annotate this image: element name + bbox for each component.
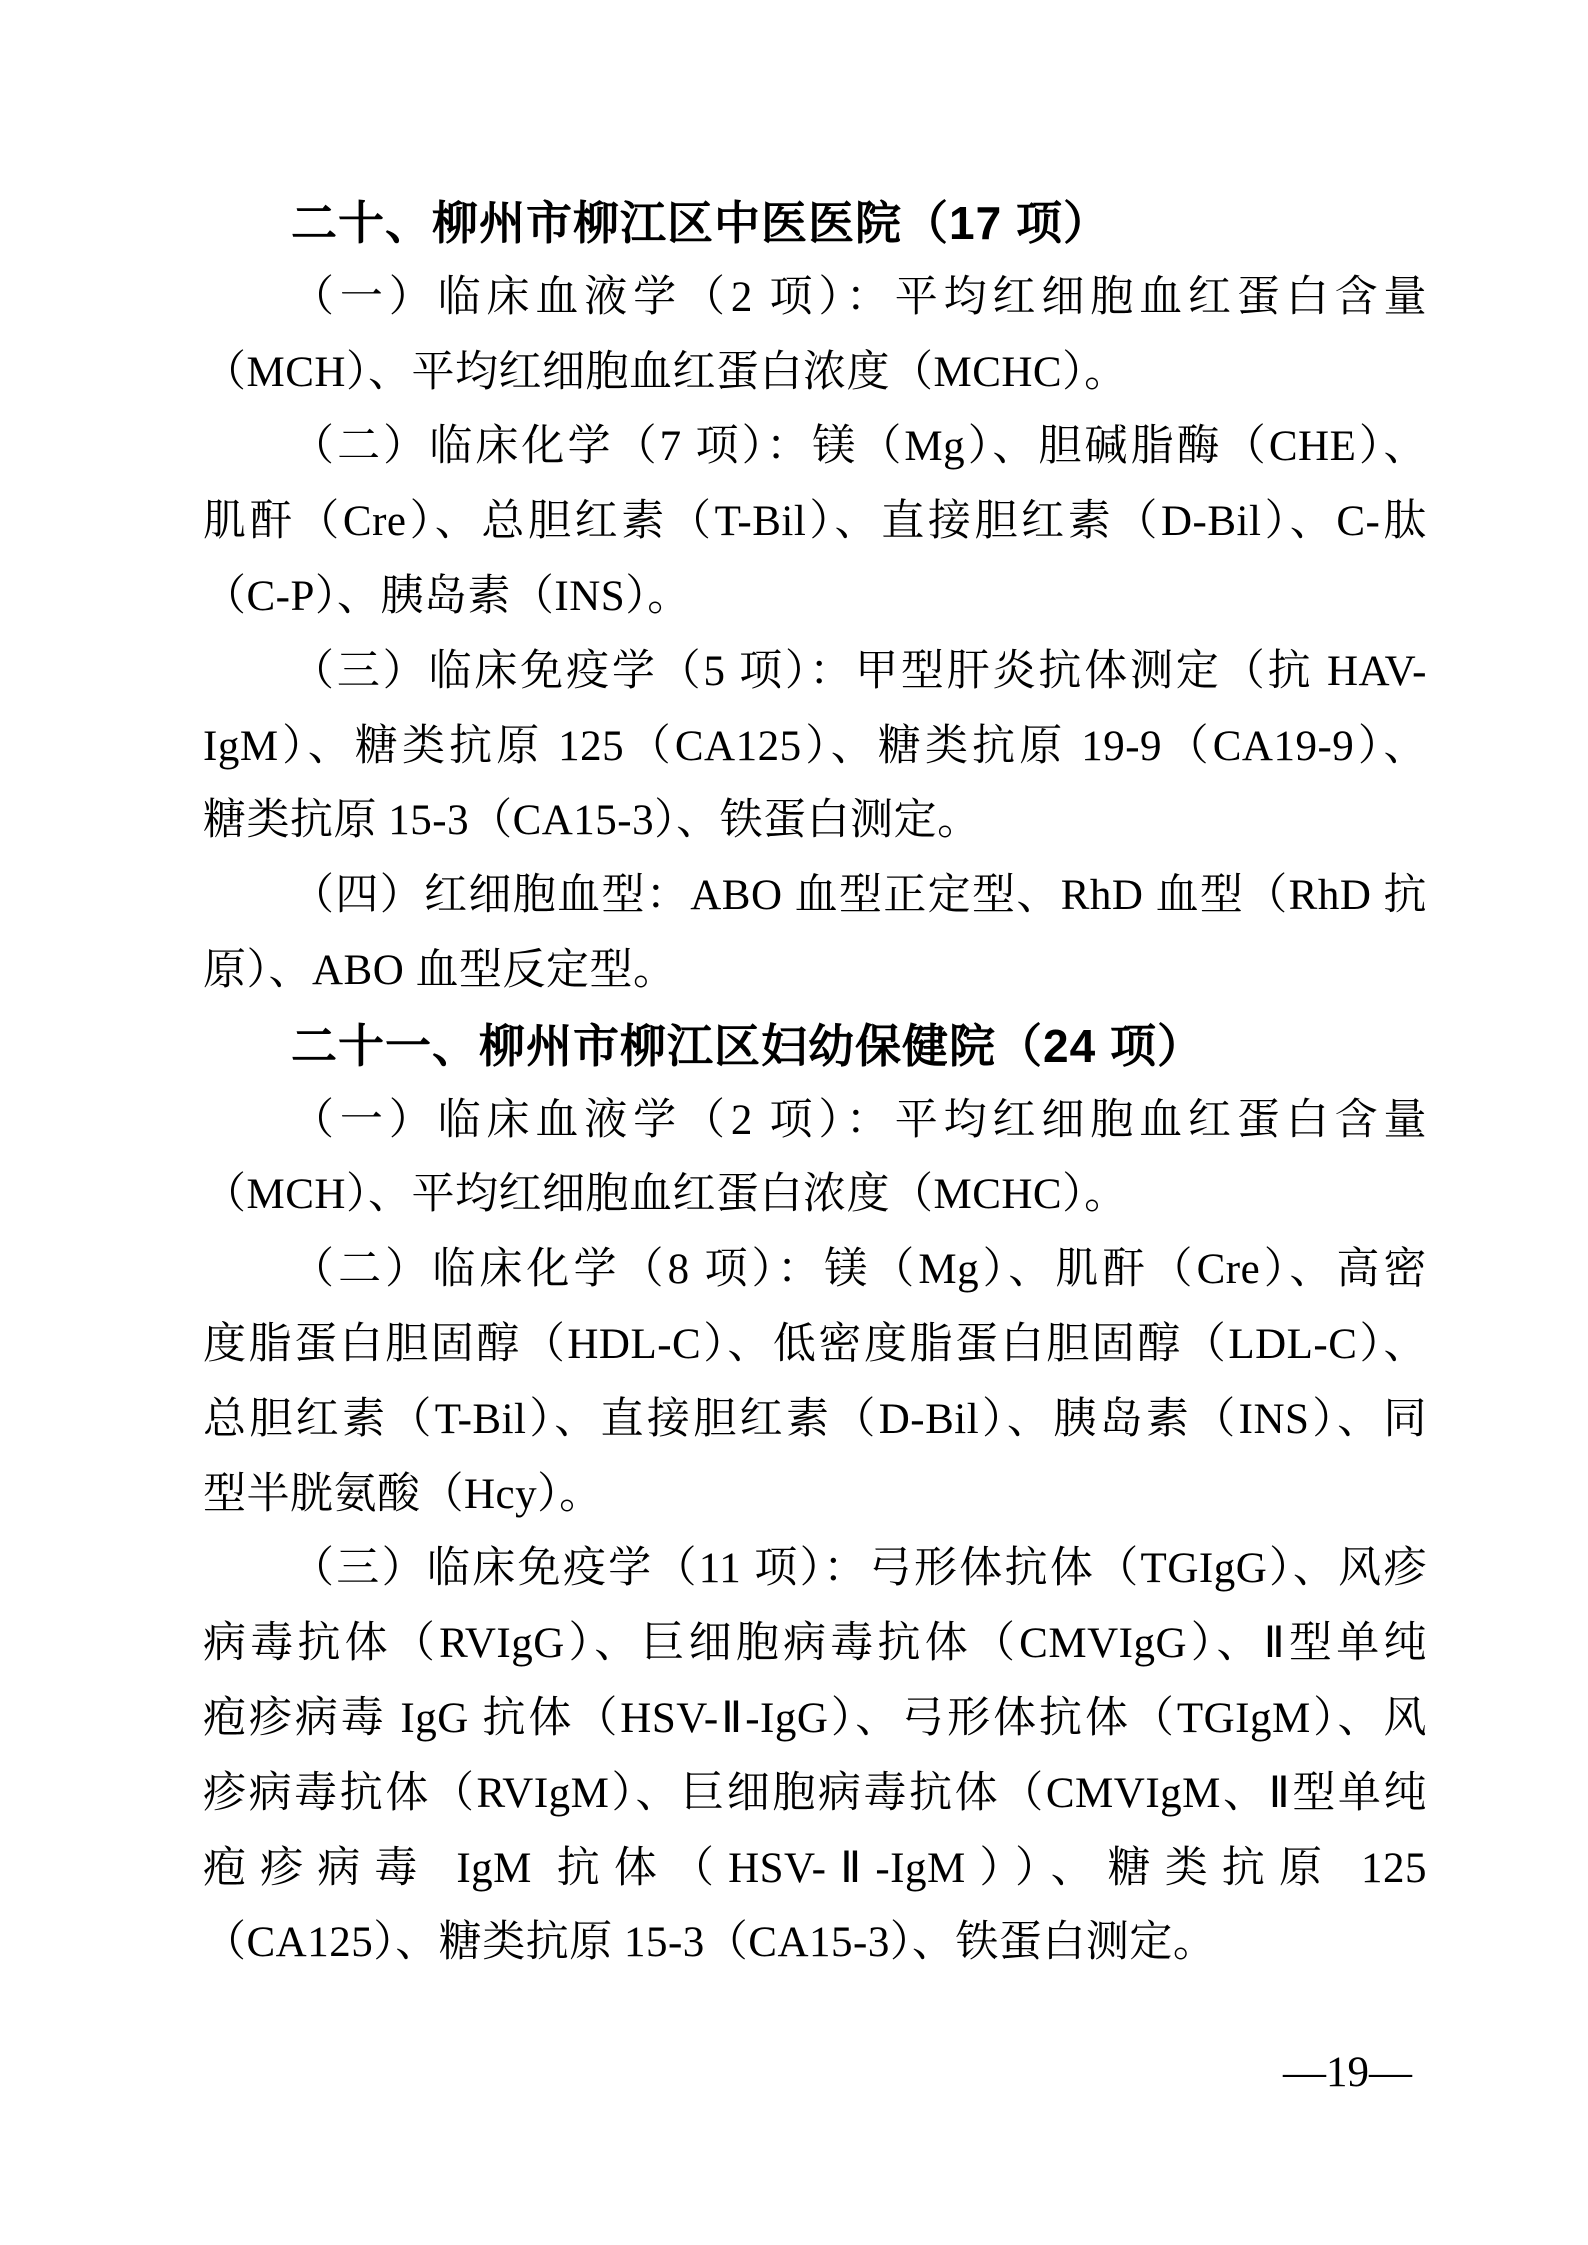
body-line: IgM）、糖类抗原 125（CA125）、糖类抗原 19-9（CA19-9）、 <box>203 710 1427 785</box>
body-line: 型半胱氨酸（Hcy）。 <box>203 1458 1427 1533</box>
body-line: （二）临床化学（7 项）：镁（Mg）、胆碱脂酶（CHE）、 <box>203 410 1427 485</box>
body-line: （一）临床血液学（2 项）：平均红细胞血红蛋白含量 <box>203 261 1427 336</box>
body-line: 总胆红素（T-Bil）、直接胆红素（D-Bil）、胰岛素（INS）、同 <box>203 1383 1427 1458</box>
section-heading-21: 二十一、柳州市柳江区妇幼保健院（24 项） <box>203 1009 1427 1084</box>
document-body: 二十、柳州市柳江区中医医院（17 项） （一）临床血液学（2 项）：平均红细胞血… <box>203 186 1427 1981</box>
document-page: 二十、柳州市柳江区中医医院（17 项） （一）临床血液学（2 项）：平均红细胞血… <box>0 0 1588 2245</box>
body-line: 疹病毒抗体（RVIgM）、巨细胞病毒抗体（CMVIgM、Ⅱ型单纯 <box>203 1757 1427 1832</box>
body-line: 原）、ABO 血型反定型。 <box>203 934 1427 1009</box>
section-heading-20: 二十、柳州市柳江区中医医院（17 项） <box>203 186 1427 261</box>
body-line: 病毒抗体（RVIgG）、巨细胞病毒抗体（CMVIgG）、Ⅱ型单纯 <box>203 1607 1427 1682</box>
body-line: 度脂蛋白胆固醇（HDL-C）、低密度脂蛋白胆固醇（LDL-C）、 <box>203 1308 1427 1383</box>
body-line: （二）临床化学（8 项）：镁（Mg）、肌酐（Cre）、高密 <box>203 1233 1427 1308</box>
body-line: 疱疹病毒 IgG 抗体（HSV-Ⅱ-IgG）、弓形体抗体（TGIgM）、风 <box>203 1682 1427 1757</box>
body-line: 糖类抗原 15-3（CA15-3）、铁蛋白测定。 <box>203 784 1427 859</box>
body-line: （MCH）、平均红细胞血红蛋白浓度（MCHC）。 <box>203 336 1427 411</box>
body-line: （一）临床血液学（2 项）：平均红细胞血红蛋白含量 <box>203 1084 1427 1159</box>
body-line: （C-P）、胰岛素（INS）。 <box>203 560 1427 635</box>
body-line: （三）临床免疫学（5 项）：甲型肝炎抗体测定（抗 HAV- <box>203 635 1427 710</box>
body-line: （四）红细胞血型：ABO 血型正定型、RhD 血型（RhD 抗 <box>203 859 1427 934</box>
page-number: —19— <box>1283 2048 1412 2097</box>
body-line: （MCH）、平均红细胞血红蛋白浓度（MCHC）。 <box>203 1158 1427 1233</box>
body-line: 肌酐（Cre）、总胆红素（T-Bil）、直接胆红素（D-Bil）、C-肽 <box>203 485 1427 560</box>
body-line: 疱疹病毒 IgM 抗体（HSV-Ⅱ-IgM））、糖类抗原 125 <box>203 1832 1427 1907</box>
body-line: （CA125）、糖类抗原 15-3（CA15-3）、铁蛋白测定。 <box>203 1906 1427 1981</box>
body-line: （三）临床免疫学（11 项）：弓形体抗体（TGIgG）、风疹 <box>203 1532 1427 1607</box>
